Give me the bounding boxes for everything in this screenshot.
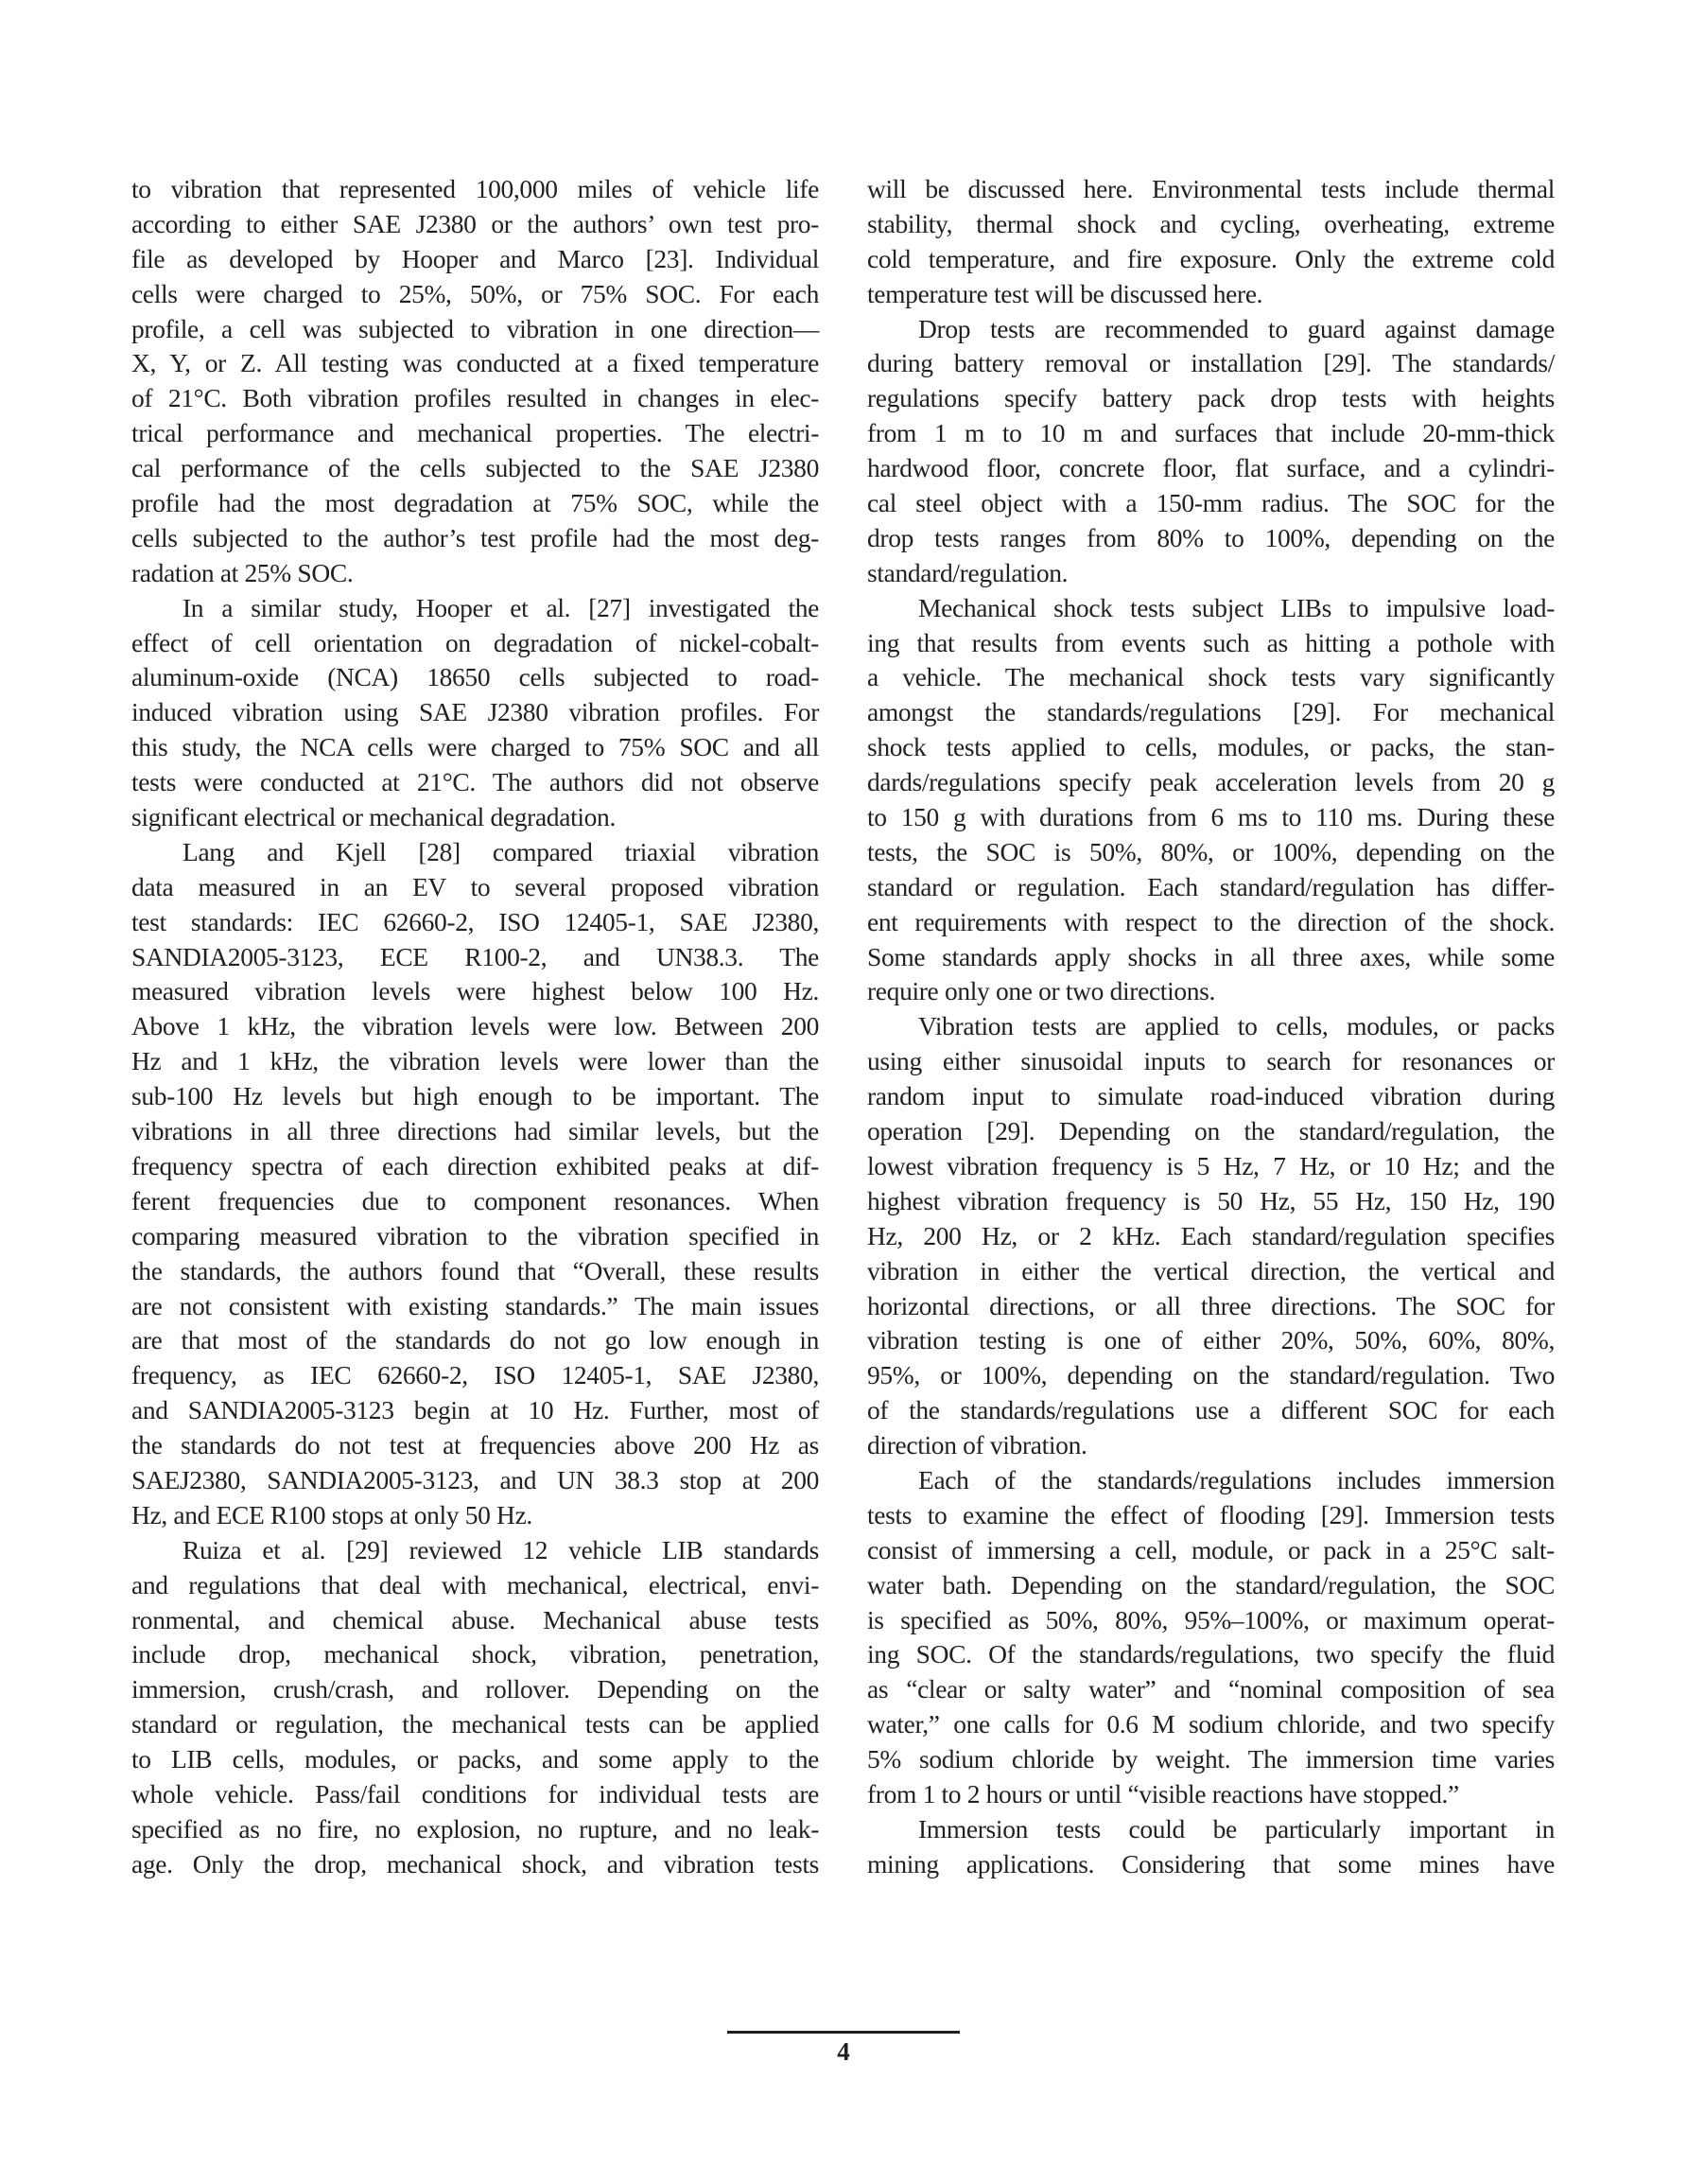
text-line: 5% sodium chloride by weight. The immers… — [867, 1742, 1555, 1777]
text-line: cells subjected to the author’s test pro… — [131, 521, 819, 556]
text-line: hardwood floor, concrete floor, flat sur… — [867, 451, 1555, 486]
left-text-column: to vibration that represented 100,000 mi… — [131, 172, 819, 1882]
text-line: aluminum-oxide (NCA) 18650 cells subject… — [131, 660, 819, 695]
text-line: highest vibration frequency is 50 Hz, 55… — [867, 1184, 1555, 1219]
text-line: profile had the most degradation at 75% … — [131, 486, 819, 521]
text-line: random input to simulate road-induced vi… — [867, 1079, 1555, 1114]
text-line: Hz and 1 kHz, the vibration levels were … — [131, 1044, 819, 1079]
text-line: ent requirements with respect to the dir… — [867, 905, 1555, 940]
text-line: require only one or two directions. — [867, 974, 1555, 1009]
text-line: Lang and Kjell [28] compared triaxial vi… — [131, 835, 819, 870]
text-line: as “clear or salty water” and “nominal c… — [867, 1672, 1555, 1707]
text-line: SAEJ2380, SANDIA2005-3123, and UN 38.3 s… — [131, 1463, 819, 1498]
text-line: cells were charged to 25%, 50%, or 75% S… — [131, 277, 819, 312]
text-line: include drop, mechanical shock, vibratio… — [131, 1637, 819, 1672]
text-line: water bath. Depending on the standard/re… — [867, 1568, 1555, 1603]
text-line: horizontal directions, or all three dire… — [867, 1289, 1555, 1324]
text-line: standard or regulation, the mechanical t… — [131, 1707, 819, 1742]
text-line: file as developed by Hooper and Marco [2… — [131, 242, 819, 277]
text-line: X, Y, or Z. All testing was conducted at… — [131, 346, 819, 381]
text-line: sub-100 Hz levels but high enough to be … — [131, 1079, 819, 1114]
text-line: Hz, and ECE R100 stops at only 50 Hz. — [131, 1498, 819, 1533]
text-line: trical performance and mechanical proper… — [131, 416, 819, 451]
text-line: stability, thermal shock and cycling, ov… — [867, 207, 1555, 242]
text-line: ing SOC. Of the standards/regulations, t… — [867, 1637, 1555, 1672]
text-line: shock tests applied to cells, modules, o… — [867, 730, 1555, 765]
text-line: frequency, as IEC 62660-2, ISO 12405-1, … — [131, 1358, 819, 1393]
text-line: cold temperature, and fire exposure. Onl… — [867, 242, 1555, 277]
text-line: tests, the SOC is 50%, 80%, or 100%, dep… — [867, 835, 1555, 870]
text-line: are not consistent with existing standar… — [131, 1289, 819, 1324]
text-line: tests were conducted at 21°C. The author… — [131, 765, 819, 800]
text-line: vibration testing is one of either 20%, … — [867, 1323, 1555, 1358]
text-line: to LIB cells, modules, or packs, and som… — [131, 1742, 819, 1777]
text-line: Mechanical shock tests subject LIBs to i… — [867, 591, 1555, 626]
text-line: cal performance of the cells subjected t… — [131, 451, 819, 486]
text-line: effect of cell orientation on degradatio… — [131, 626, 819, 661]
text-line: of the standards/regulations use a diffe… — [867, 1393, 1555, 1428]
text-line: according to either SAE J2380 or the aut… — [131, 207, 819, 242]
text-line: from 1 to 2 hours or until “visible reac… — [867, 1777, 1555, 1812]
text-line: ferent frequencies due to component reso… — [131, 1184, 819, 1219]
text-line: to 150 g with durations from 6 ms to 110… — [867, 800, 1555, 835]
text-line: ing that results from events such as hit… — [867, 626, 1555, 661]
text-line: Drop tests are recommended to guard agai… — [867, 312, 1555, 347]
text-line: In a similar study, Hooper et al. [27] i… — [131, 591, 819, 626]
text-line: amongst the standards/regulations [29]. … — [867, 695, 1555, 730]
text-line: measured vibration levels were highest b… — [131, 974, 819, 1009]
text-line: mining applications. Considering that so… — [867, 1847, 1555, 1882]
text-line: data measured in an EV to several propos… — [131, 870, 819, 905]
text-line: operation [29]. Depending on the standar… — [867, 1114, 1555, 1149]
text-line: Ruiza et al. [29] reviewed 12 vehicle LI… — [131, 1533, 819, 1568]
text-line: specified as no fire, no explosion, no r… — [131, 1812, 819, 1847]
text-line: drop tests ranges from 80% to 100%, depe… — [867, 521, 1555, 556]
text-line: during battery removal or installation [… — [867, 346, 1555, 381]
text-line: SANDIA2005-3123, ECE R100-2, and UN38.3.… — [131, 940, 819, 975]
text-line: will be discussed here. Environmental te… — [867, 172, 1555, 207]
right-text-column: will be discussed here. Environmental te… — [867, 172, 1555, 1882]
document-page: to vibration that represented 100,000 mi… — [0, 0, 1687, 2184]
text-line: comparing measured vibration to the vibr… — [131, 1219, 819, 1254]
text-line: from 1 m to 10 m and surfaces that inclu… — [867, 416, 1555, 451]
text-line: radation at 25% SOC. — [131, 556, 819, 591]
text-line: consist of immersing a cell, module, or … — [867, 1533, 1555, 1568]
text-line: standard/regulation. — [867, 556, 1555, 591]
text-line: whole vehicle. Pass/fail conditions for … — [131, 1777, 819, 1812]
text-line: test standards: IEC 62660-2, ISO 12405-1… — [131, 905, 819, 940]
text-line: vibration in either the vertical directi… — [867, 1254, 1555, 1289]
text-line: tests to examine the effect of flooding … — [867, 1498, 1555, 1533]
text-line: cal steel object with a 150-mm radius. T… — [867, 486, 1555, 521]
text-line: immersion, crush/crash, and rollover. De… — [131, 1672, 819, 1707]
text-line: direction of vibration. — [867, 1428, 1555, 1463]
text-line: vibrations in all three directions had s… — [131, 1114, 819, 1149]
text-line: using either sinusoidal inputs to search… — [867, 1044, 1555, 1079]
text-line: the standards do not test at frequencies… — [131, 1428, 819, 1463]
text-line: Some standards apply shocks in all three… — [867, 940, 1555, 975]
text-line: is specified as 50%, 80%, 95%–100%, or m… — [867, 1603, 1555, 1638]
text-line: standard or regulation. Each standard/re… — [867, 870, 1555, 905]
text-line: are that most of the standards do not go… — [131, 1323, 819, 1358]
text-line: dards/regulations specify peak accelerat… — [867, 765, 1555, 800]
text-line: Hz, 200 Hz, or 2 kHz. Each standard/regu… — [867, 1219, 1555, 1254]
text-line: and regulations that deal with mechanica… — [131, 1568, 819, 1603]
text-line: significant electrical or mechanical deg… — [131, 800, 819, 835]
text-line: lowest vibration frequency is 5 Hz, 7 Hz… — [867, 1149, 1555, 1184]
text-line: frequency spectra of each direction exhi… — [131, 1149, 819, 1184]
text-line: a vehicle. The mechanical shock tests va… — [867, 660, 1555, 695]
text-line: profile, a cell was subjected to vibrati… — [131, 312, 819, 347]
text-line: age. Only the drop, mechanical shock, an… — [131, 1847, 819, 1882]
page-number: 4 — [727, 2037, 960, 2067]
text-line: the standards, the authors found that “O… — [131, 1254, 819, 1289]
footer-rule — [727, 2031, 960, 2034]
text-line: Immersion tests could be particularly im… — [867, 1812, 1555, 1847]
text-line: Above 1 kHz, the vibration levels were l… — [131, 1009, 819, 1044]
text-line: this study, the NCA cells were charged t… — [131, 730, 819, 765]
text-line: to vibration that represented 100,000 mi… — [131, 172, 819, 207]
text-line: of 21°C. Both vibration profiles resulte… — [131, 381, 819, 416]
text-line: induced vibration using SAE J2380 vibrat… — [131, 695, 819, 730]
text-line: regulations specify battery pack drop te… — [867, 381, 1555, 416]
text-line: temperature test will be discussed here. — [867, 277, 1555, 312]
text-line: 95%, or 100%, depending on the standard/… — [867, 1358, 1555, 1393]
text-line: water,” one calls for 0.6 M sodium chlor… — [867, 1707, 1555, 1742]
text-line: ronmental, and chemical abuse. Mechanica… — [131, 1603, 819, 1638]
text-line: Vibration tests are applied to cells, mo… — [867, 1009, 1555, 1044]
text-line: and SANDIA2005-3123 begin at 10 Hz. Furt… — [131, 1393, 819, 1428]
text-line: Each of the standards/regulations includ… — [867, 1463, 1555, 1498]
